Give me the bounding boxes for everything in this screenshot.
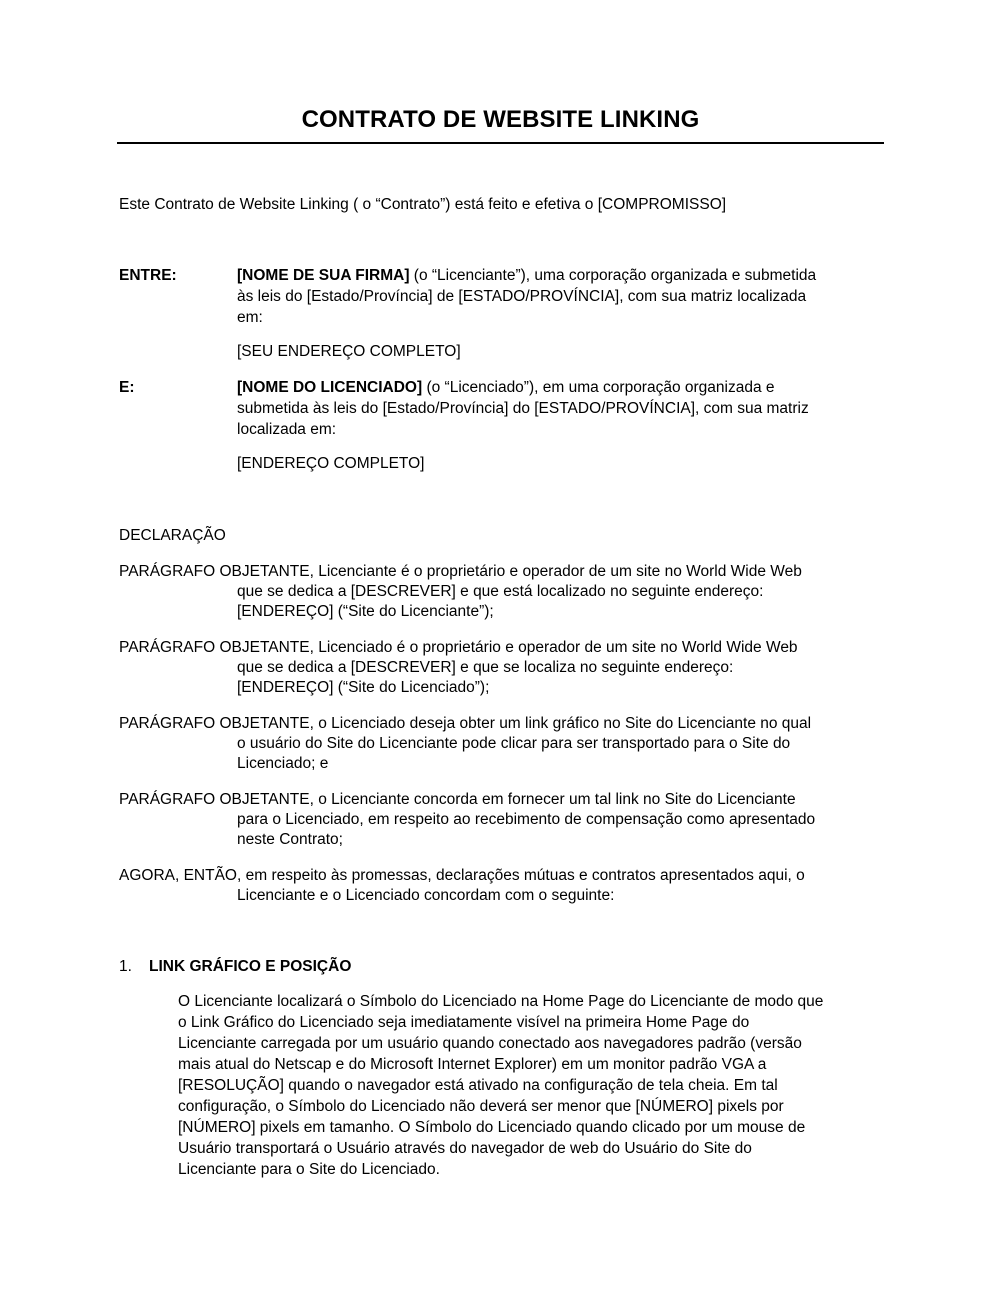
party-address: [ENDEREÇO COMPLETO] <box>237 454 424 474</box>
party-name: [NOME DE SUA FIRMA] <box>237 267 410 284</box>
section-line: [RESOLUÇÃO] quando o navegador está ativ… <box>178 1076 778 1096</box>
title-divider <box>117 142 884 144</box>
recital-line: para o Licenciado, em respeito ao recebi… <box>237 810 815 830</box>
document-title: CONTRATO DE WEBSITE LINKING <box>117 106 884 134</box>
section-heading: LINK GRÁFICO E POSIÇÃO <box>149 957 351 977</box>
recital-line: [ENDEREÇO] (“Site do Licenciado”); <box>237 678 489 698</box>
intro-paragraph: Este Contrato de Website Linking ( o “Co… <box>119 195 726 215</box>
party-line: [NOME DO LICENCIADO] (o “Licenciado”), e… <box>237 378 775 398</box>
recital-line: PARÁGRAFO OBJETANTE, o Licenciante conco… <box>119 790 796 810</box>
section-line: O Licenciante localizará o Símbolo do Li… <box>178 992 823 1012</box>
party-line: em: <box>237 308 263 328</box>
section-line: Licenciante carregada por um usuário qua… <box>178 1034 802 1054</box>
declaration-heading: DECLARAÇÃO <box>119 526 226 546</box>
recital-line: AGORA, ENTÃO, em respeito às promessas, … <box>119 866 805 886</box>
recital-line: PARÁGRAFO OBJETANTE, Licenciante é o pro… <box>119 562 802 582</box>
party-label: E: <box>119 378 135 398</box>
party-description: (o “Licenciado”), em uma corporação orga… <box>422 379 774 396</box>
recital-line: neste Contrato; <box>237 830 343 850</box>
party-address: [SEU ENDEREÇO COMPLETO] <box>237 342 461 362</box>
party-line: localizada em: <box>237 420 336 440</box>
section-line: Usuário transportará o Usuário através d… <box>178 1139 752 1159</box>
section-number: 1. <box>119 957 132 977</box>
section-line: o Link Gráfico do Licenciado seja imedia… <box>178 1013 749 1033</box>
party-line: [NOME DE SUA FIRMA] (o “Licenciante”), u… <box>237 266 816 286</box>
recital-line: PARÁGRAFO OBJETANTE, o Licenciado deseja… <box>119 714 811 734</box>
section-line: [NÚMERO] pixels em tamanho. O Símbolo do… <box>178 1118 805 1138</box>
recital-line: que se dedica a [DESCREVER] e que está l… <box>237 582 763 602</box>
recital-line: que se dedica a [DESCREVER] e que se loc… <box>237 658 733 678</box>
party-name: [NOME DO LICENCIADO] <box>237 379 422 396</box>
recital-line: PARÁGRAFO OBJETANTE, Licenciado é o prop… <box>119 638 798 658</box>
section-line: mais atual do Netscap e do Microsoft Int… <box>178 1055 766 1075</box>
recital-line: Licenciante e o Licenciado concordam com… <box>237 886 614 906</box>
section-line: configuração, o Símbolo do Licenciado nã… <box>178 1097 784 1117</box>
party-line: submetida às leis do [Estado/Província] … <box>237 399 809 419</box>
recital-line: [ENDEREÇO] (“Site do Licenciante”); <box>237 602 494 622</box>
party-line: às leis do [Estado/Província] de [ESTADO… <box>237 287 806 307</box>
recital-line: o usuário do Site do Licenciante pode cl… <box>237 734 790 754</box>
section-line: Licenciante para o Site do Licenciado. <box>178 1160 440 1180</box>
recital-line: Licenciado; e <box>237 754 328 774</box>
party-label: ENTRE: <box>119 266 177 286</box>
party-description: (o “Licenciante”), uma corporação organi… <box>410 267 817 284</box>
